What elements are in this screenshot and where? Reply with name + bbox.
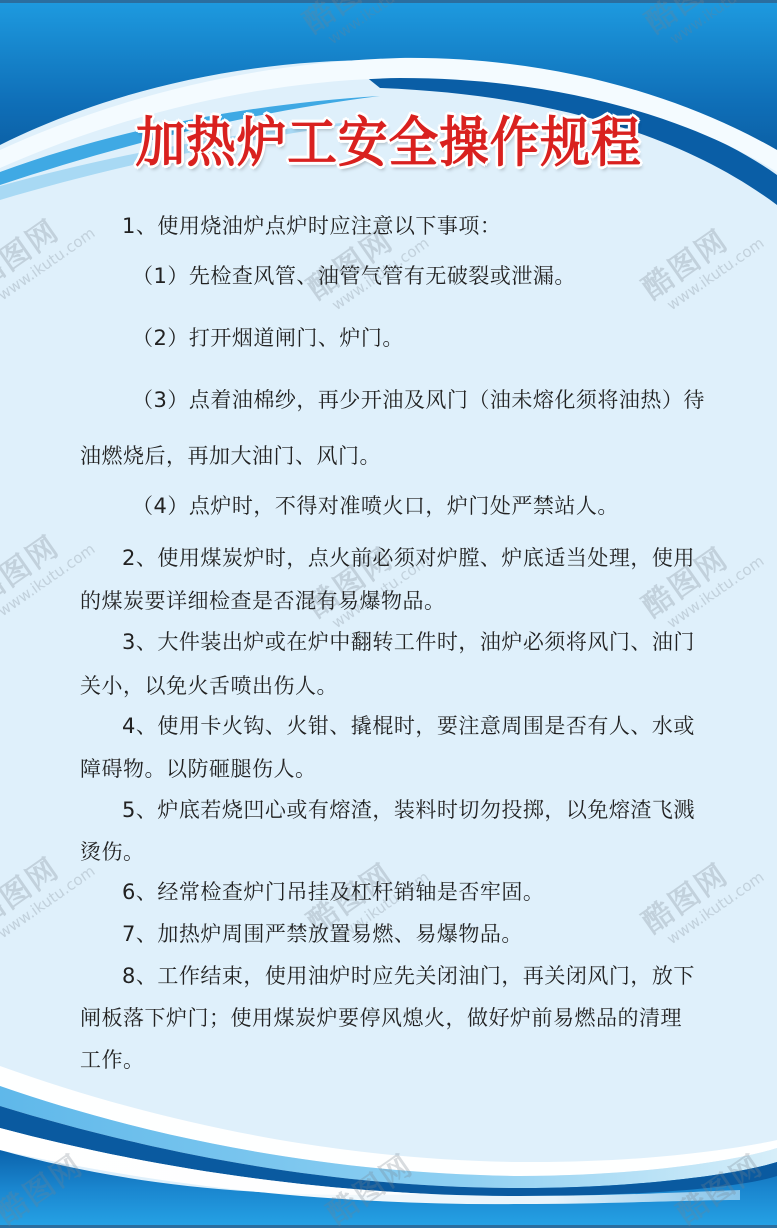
rule-4-line-1: 4、使用卡火钩、火钳、撬棍时，要注意周围是否有人、水或	[122, 710, 695, 740]
rule-1-sub-1-line-1: （1）先检查风管、油管气管有无破裂或泄漏。	[132, 260, 576, 290]
rule-8-line-1: 8、工作结束，使用油炉时应先关闭油门，再关闭风门，放下	[122, 960, 695, 990]
rule-8-line-2: 闸板落下炉门；使用煤炭炉要停风熄火，做好炉前易燃品的清理	[80, 1002, 682, 1032]
rule-3-line-2: 关小，以免火舌喷出伤人。	[80, 670, 338, 700]
rule-4-line-2: 障碍物。以防砸腿伤人。	[80, 753, 317, 783]
rule-2-line-1: 2、使用煤炭炉时，点火前必须对炉膛、炉底适当处理，使用	[122, 542, 695, 572]
rule-7-line-1: 7、加热炉周围严禁放置易燃、易爆物品。	[122, 918, 523, 948]
rule-8-line-3: 工作。	[80, 1044, 145, 1074]
rule-3-line-1: 3、大件装出炉或在炉中翻转工件时，油炉必须将风门、油门	[122, 626, 695, 656]
rule-2-line-2: 的煤炭要详细检查是否混有易爆物品。	[80, 585, 446, 615]
rule-6-line-1: 6、经常检查炉门吊挂及杠杆销轴是否牢固。	[122, 876, 544, 906]
rule-1-sub-3-line-1: （3）点着油棉纱，再少开油及风门（油未熔化须将油热）待	[132, 384, 705, 414]
rule-5-line-1: 5、炉底若烧凹心或有熔渣，装料时切勿投掷，以免熔渣飞溅	[122, 794, 695, 824]
rule-1-line-1: 1、使用烧油炉点炉时应注意以下事项：	[122, 210, 501, 240]
rule-1-sub-4-line-1: （4）点炉时，不得对准喷火口，炉门处严禁站人。	[132, 490, 619, 520]
rule-1-sub-3-line-2: 油燃烧后，再加大油门、风门。	[80, 440, 381, 470]
rule-5-line-2: 烫伤。	[80, 836, 145, 866]
rule-1-sub-2-line-1: （2）打开烟道闸门、炉门。	[132, 322, 404, 352]
poster-title: 加热炉工安全操作规程	[31, 100, 746, 177]
safety-poster: 酷图网 www.ikutu.com 酷图网 www.ikutu.com 酷图网 …	[0, 0, 777, 1228]
